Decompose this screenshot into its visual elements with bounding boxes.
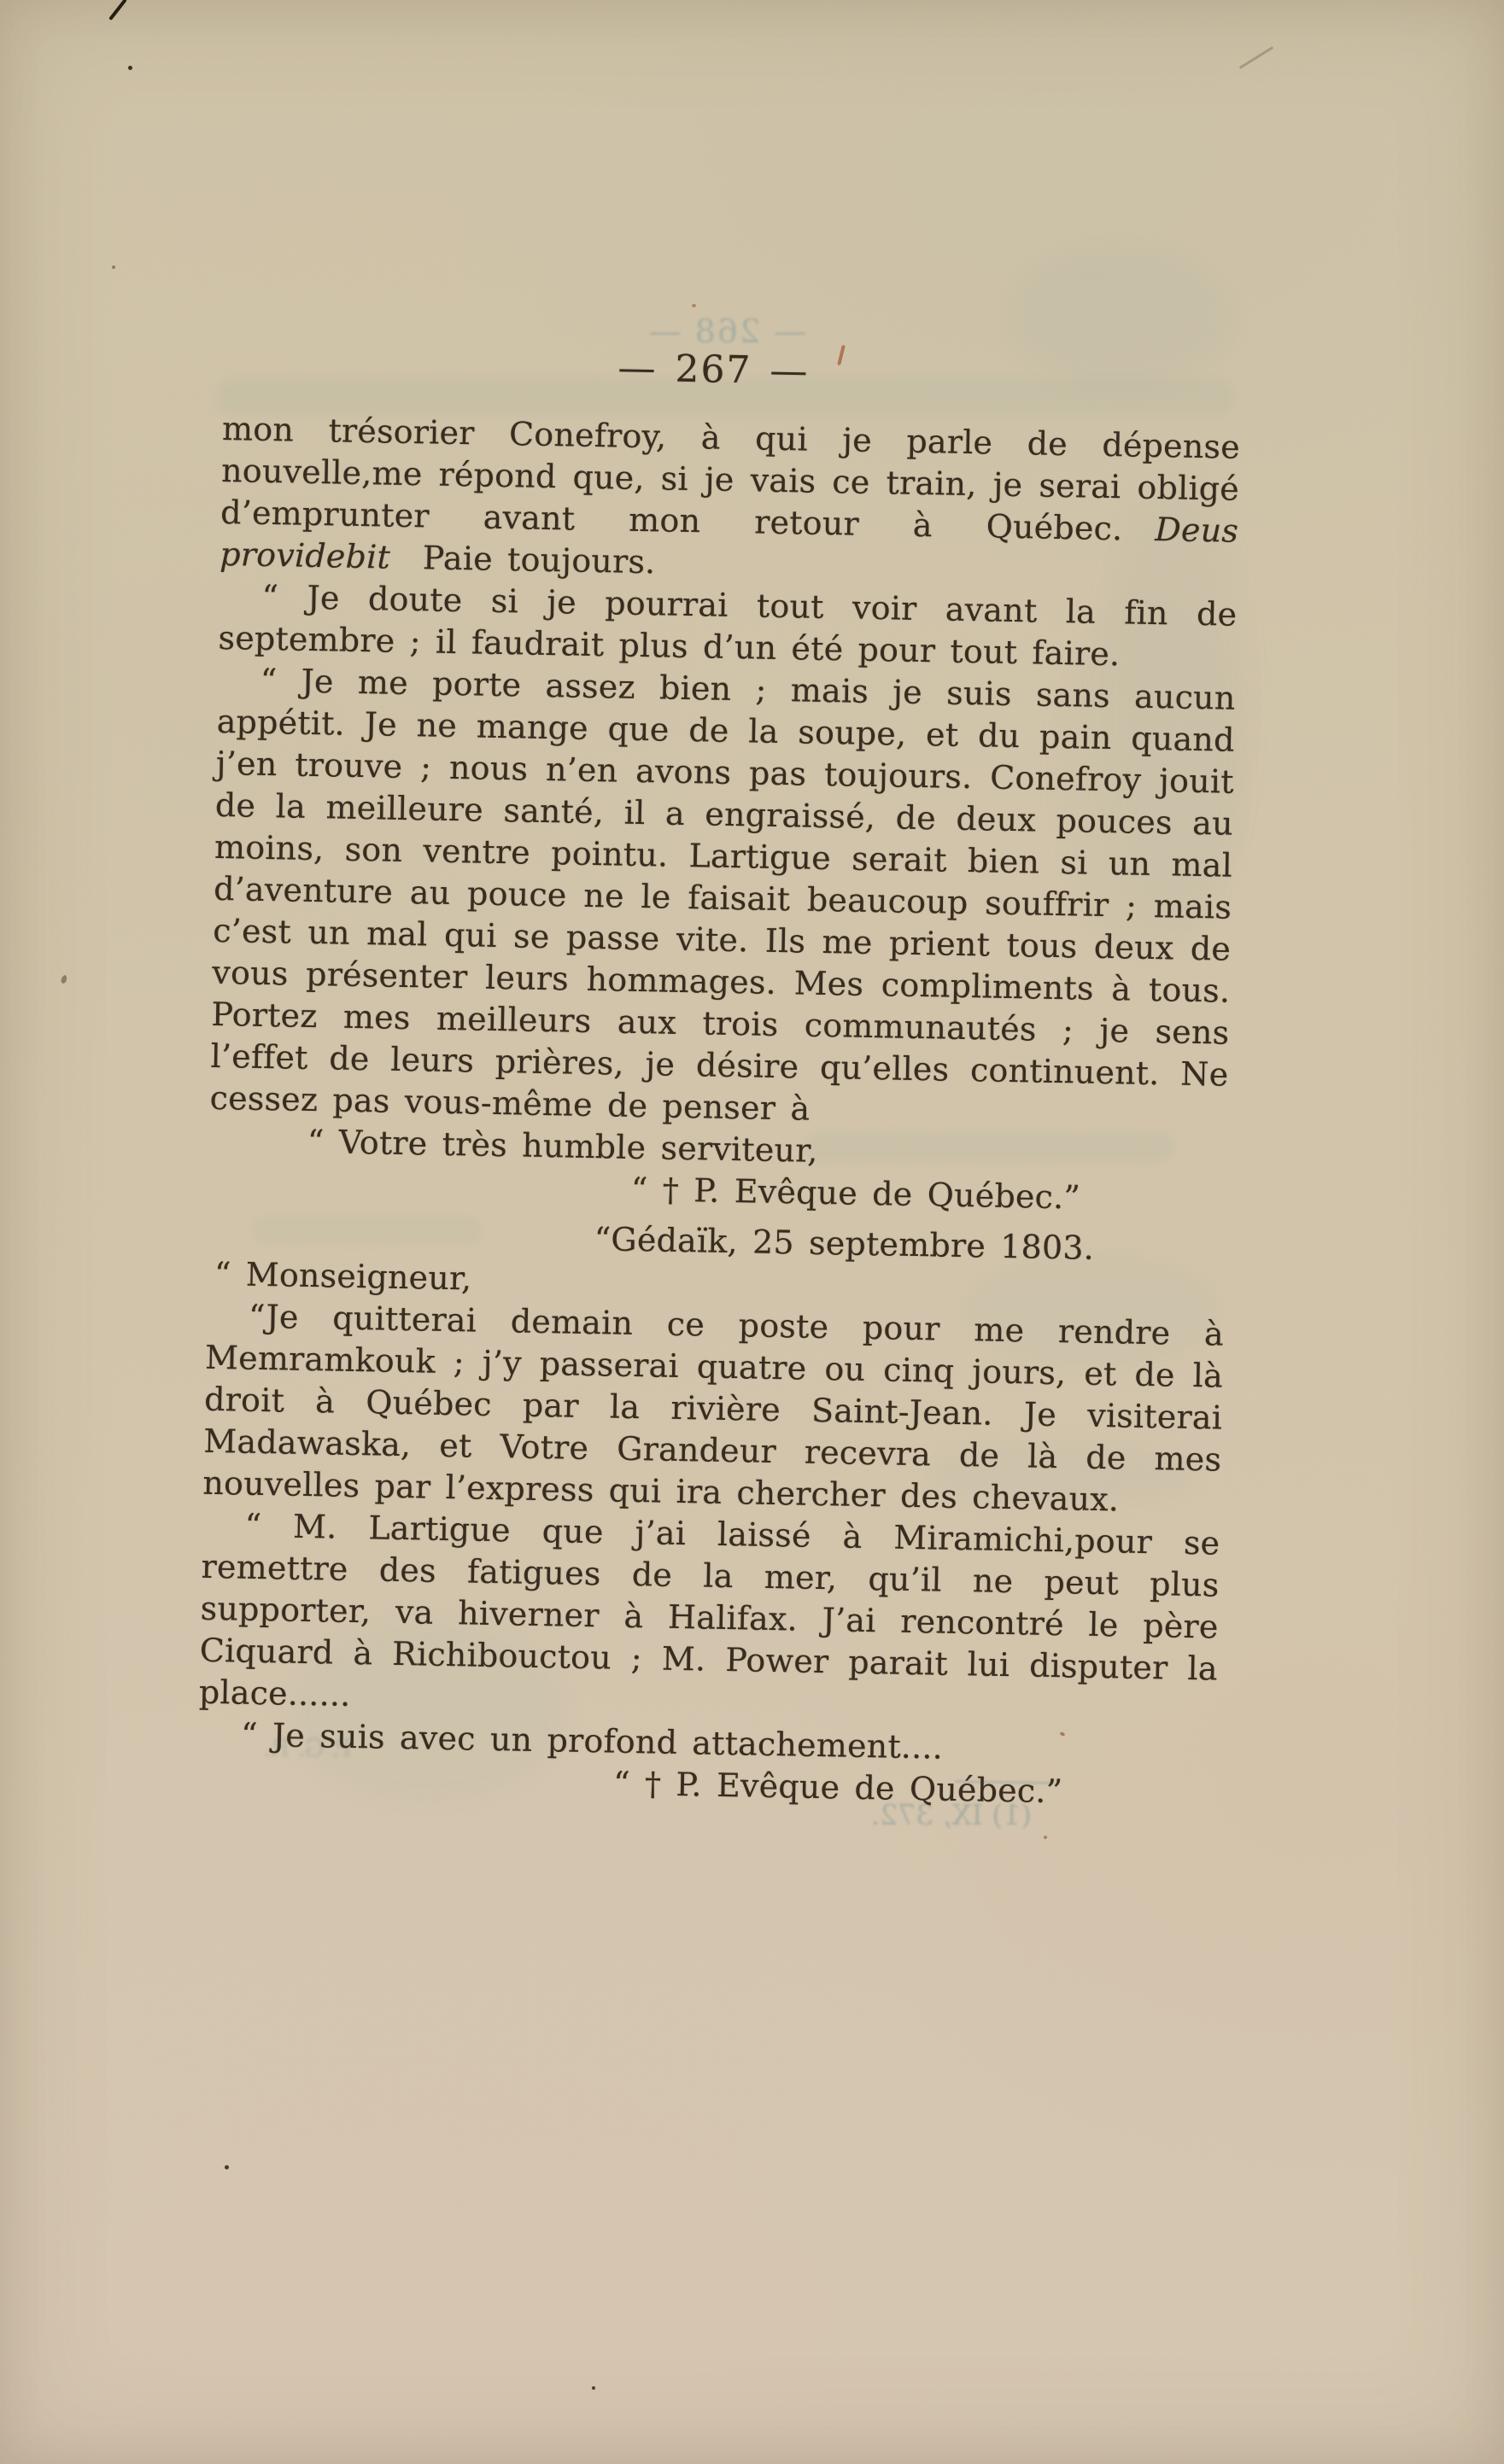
ink-speck	[225, 2165, 229, 2169]
page-number: — 267 —	[204, 340, 1223, 401]
book-page-scan: — 268 — (1) IX, 372. P. G. R. — 267 — mo…	[0, 0, 1504, 2464]
rust-speck	[692, 304, 696, 307]
paragraph-continuation-end: Paie toujours.	[423, 539, 656, 581]
text-block: — 267 — mon trésorier Conefroy, à qui je…	[197, 340, 1242, 1816]
rust-speck	[1044, 1836, 1047, 1839]
ink-speck	[128, 66, 132, 70]
paragraph-continuation-text: mon trésorier Conefroy, à qui je parle d…	[220, 410, 1240, 547]
paragraph-lartigue: “ M. Lartigue que j’ai laissé à Miramich…	[199, 1504, 1220, 1732]
scratch-mark	[1239, 46, 1274, 69]
paragraph-depart: “Je quitterai demain ce poste pour me re…	[202, 1295, 1224, 1523]
paragraph-continuation: mon trésorier Conefroy, à qui je parle d…	[219, 408, 1240, 594]
ink-speck	[112, 266, 115, 269]
ink-mark	[108, 0, 127, 20]
ink-speck	[61, 974, 68, 984]
ink-speck	[592, 2386, 595, 2390]
paragraph-sante: “ Je me porte assez bien ; mais je suis …	[209, 659, 1236, 1138]
bleedthrough-verso-page-number: — 268 —	[637, 312, 816, 350]
